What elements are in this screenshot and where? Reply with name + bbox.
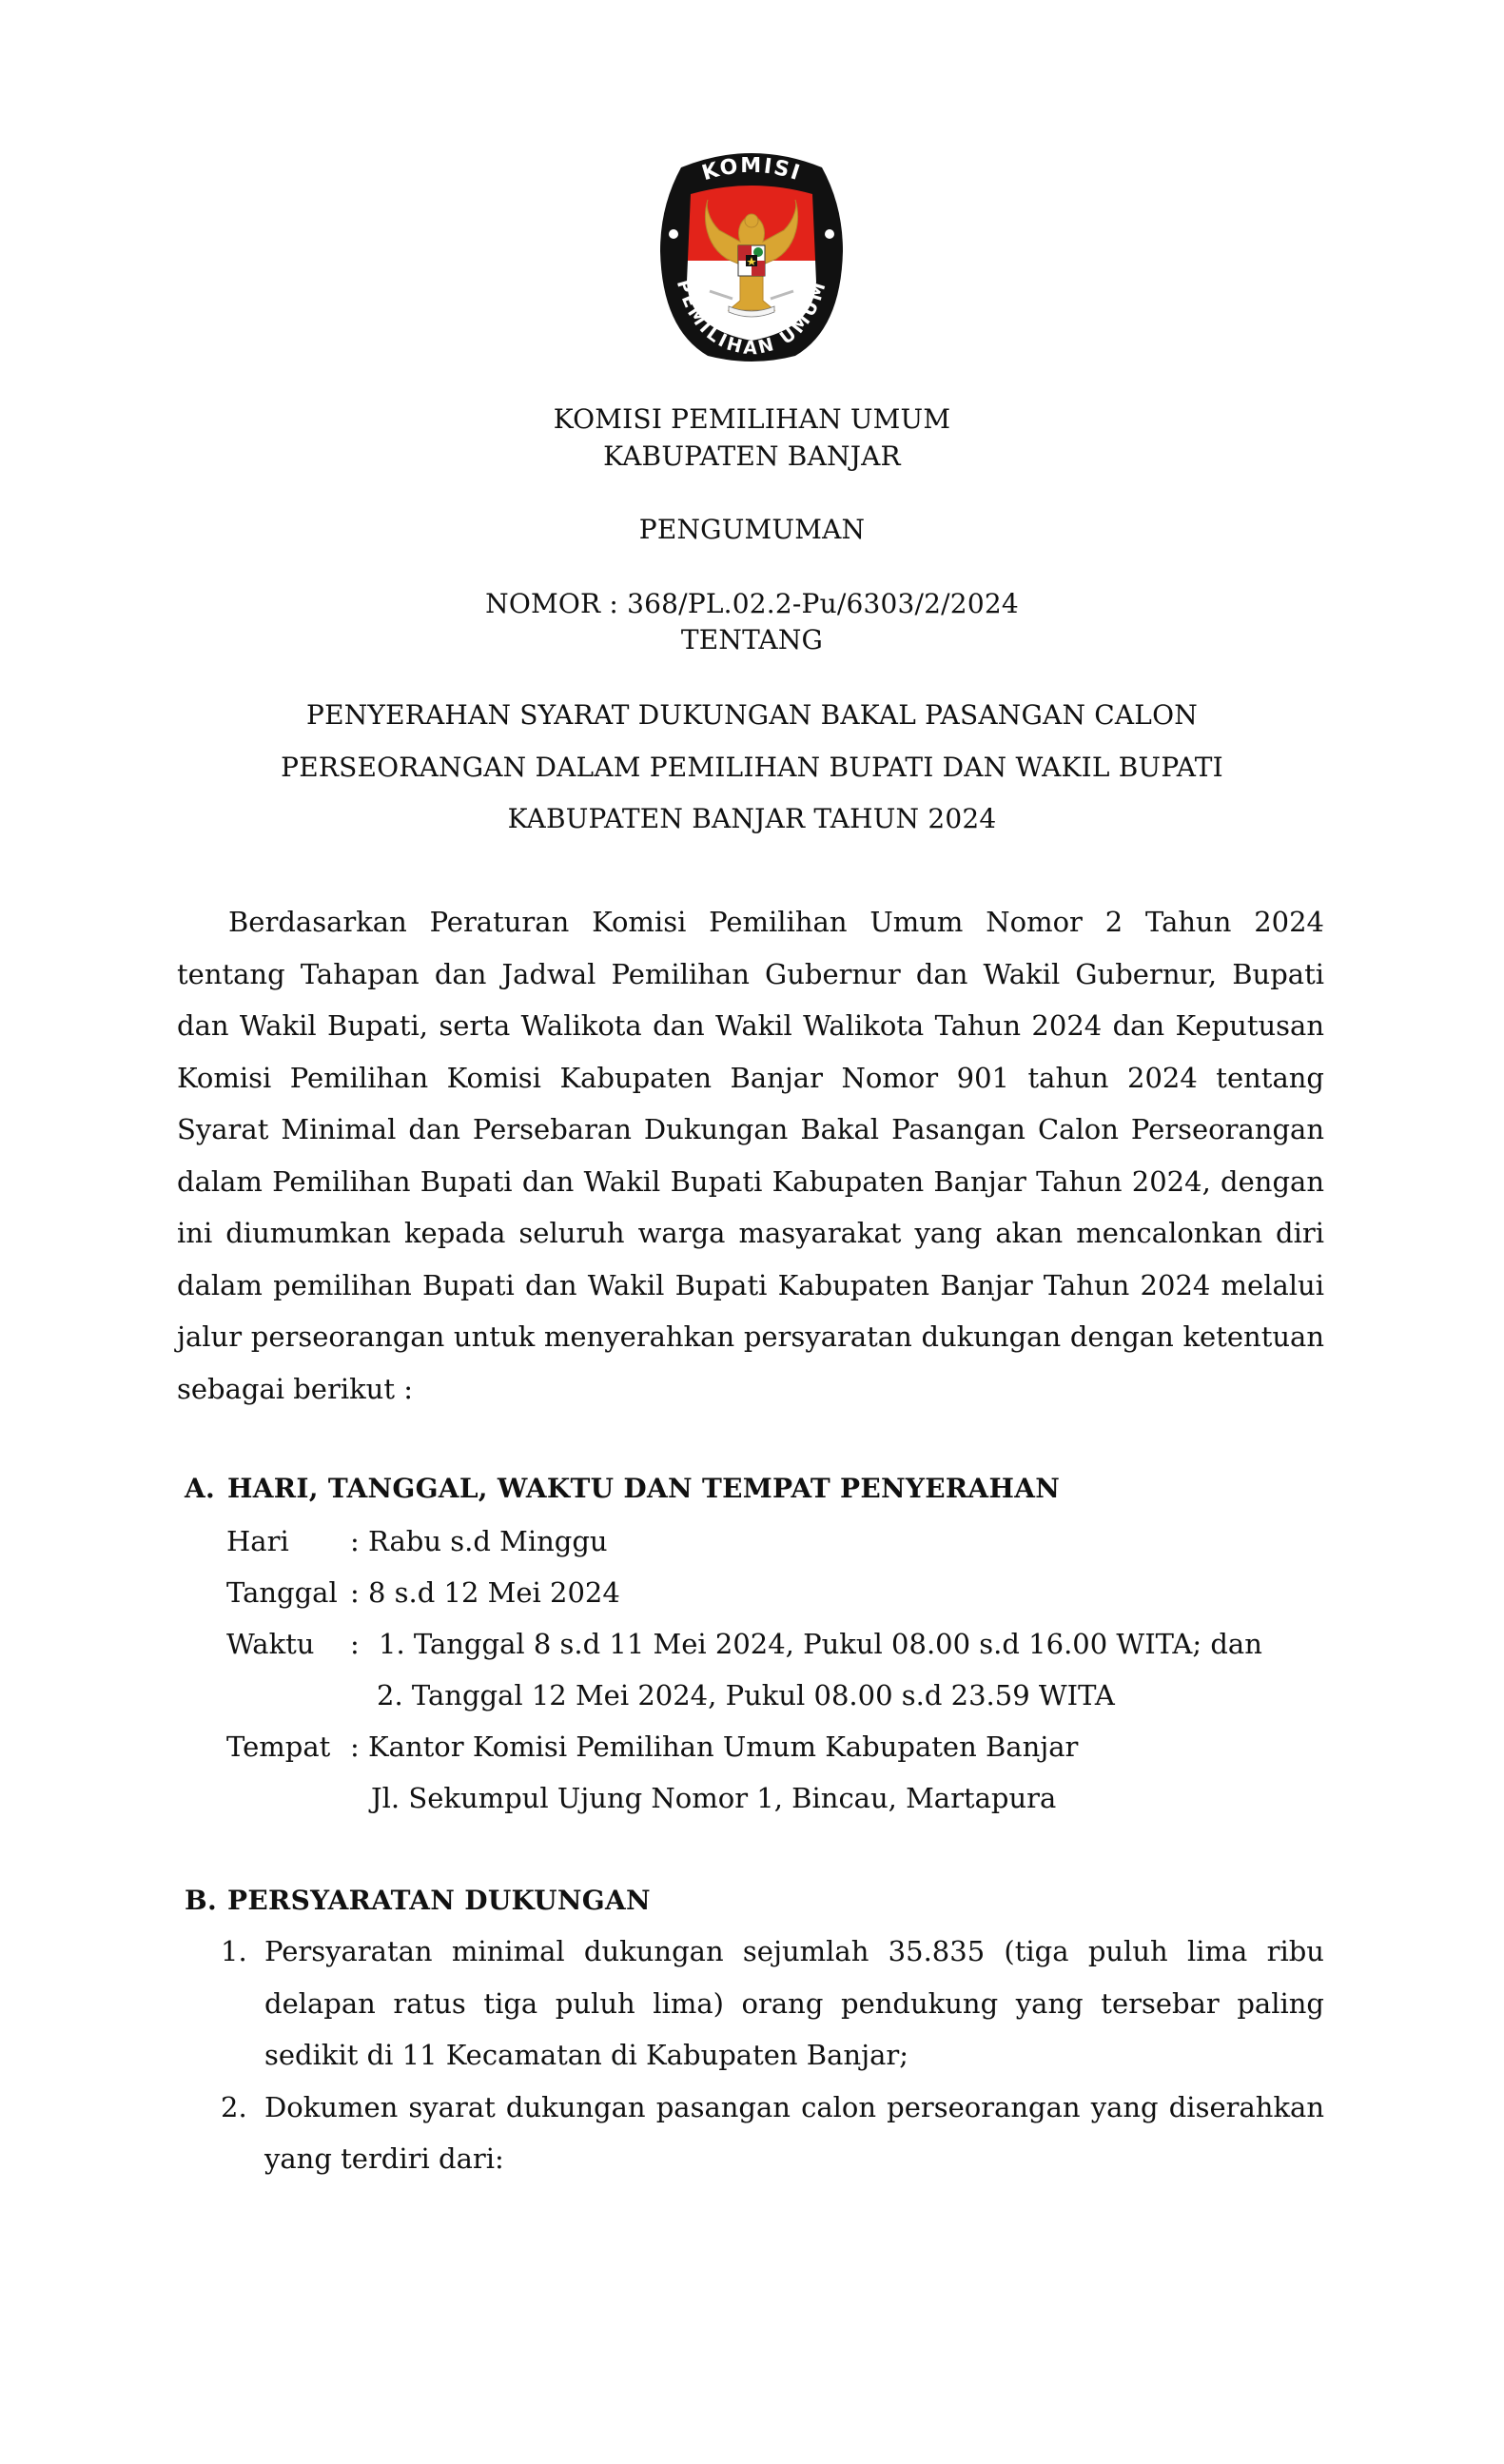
about-label: TENTANG	[0, 622, 1504, 658]
section-b-letter: B.	[185, 1882, 227, 1920]
list-item-number: 2.	[221, 2082, 247, 2134]
title-line-3: KABUPATEN BANJAR TAHUN 2024	[0, 801, 1504, 837]
list-item-text: Dokumen syarat dukungan pasangan calon p…	[264, 2091, 1324, 2176]
tempat-row: Tempat: Kantor Komisi Pemilihan Umum Kab…	[226, 1728, 1078, 1766]
tanggal-row: Tanggal: 8 s.d 12 Mei 2024	[226, 1574, 620, 1612]
tanggal-label: Tanggal	[226, 1574, 350, 1612]
kpu-logo-icon: KOMISI PEMILIHAN UMUM	[653, 139, 850, 363]
tempat-address: Jl. Sekumpul Ujung Nomor 1, Bincau, Mart…	[371, 1782, 1056, 1814]
org-name-line1: KOMISI PEMILIHAN UMUM	[0, 401, 1504, 438]
section-a-letter: A.	[185, 1470, 227, 1508]
title-line-2: PERSEORANGAN DALAM PEMILIHAN BUPATI DAN …	[0, 750, 1504, 786]
waktu-item-1: 1. Tanggal 8 s.d 11 Mei 2024, Pukul 08.0…	[379, 1628, 1262, 1660]
document-number: NOMOR : 368/PL.02.2-Pu/6303/2/2024	[0, 586, 1504, 622]
list-item-number: 1.	[221, 1926, 247, 1978]
requirements-list: 1. Persyaratan minimal dukungan sejumlah…	[221, 1926, 1324, 2185]
tempat-address-row: Jl. Sekumpul Ujung Nomor 1, Bincau, Mart…	[371, 1779, 1056, 1817]
intro-paragraph-text: Berdasarkan Peraturan Komisi Pemilihan U…	[177, 906, 1324, 1405]
section-a-title: HARI, TANGGAL, WAKTU DAN TEMPAT PENYERAH…	[227, 1473, 1060, 1504]
waktu-colon: :	[350, 1625, 379, 1663]
tanggal-value: : 8 s.d 12 Mei 2024	[350, 1576, 620, 1609]
waktu-row: Waktu:1. Tanggal 8 s.d 11 Mei 2024, Puku…	[226, 1625, 1262, 1663]
intro-paragraph: Berdasarkan Peraturan Komisi Pemilihan U…	[177, 896, 1324, 1415]
waktu-item-2: 2. Tanggal 12 Mei 2024, Pukul 08.00 s.d …	[377, 1679, 1115, 1711]
title-line-1: PENYERAHAN SYARAT DUKUNGAN BAKAL PASANGA…	[0, 697, 1504, 733]
hari-label: Hari	[226, 1522, 350, 1560]
tempat-label: Tempat	[226, 1728, 350, 1766]
list-item-text: Persyaratan minimal dukungan sejumlah 35…	[264, 1935, 1324, 2071]
section-b-heading: B.PERSYARATAN DUKUNGAN	[185, 1882, 651, 1920]
hari-value: : Rabu s.d Minggu	[350, 1525, 608, 1557]
org-name-line2: KABUPATEN BANJAR	[0, 439, 1504, 475]
section-a-heading: A.HARI, TANGGAL, WAKTU DAN TEMPAT PENYER…	[185, 1470, 1060, 1508]
list-item: 2. Dokumen syarat dukungan pasangan calo…	[221, 2082, 1324, 2185]
hari-row: Hari: Rabu s.d Minggu	[226, 1522, 608, 1560]
waktu-item-2-row: 2. Tanggal 12 Mei 2024, Pukul 08.00 s.d …	[377, 1676, 1115, 1714]
waktu-label: Waktu	[226, 1625, 350, 1663]
section-b-title: PERSYARATAN DUKUNGAN	[227, 1885, 651, 1916]
document-page: KOMISI PEMILIHAN UMUM KOMISI PEMILIHAN U…	[0, 0, 1504, 2464]
list-item: 1. Persyaratan minimal dukungan sejumlah…	[221, 1926, 1324, 2082]
document-type: PENGUMUMAN	[0, 512, 1504, 548]
tempat-value: : Kantor Komisi Pemilihan Umum Kabupaten…	[350, 1731, 1078, 1763]
